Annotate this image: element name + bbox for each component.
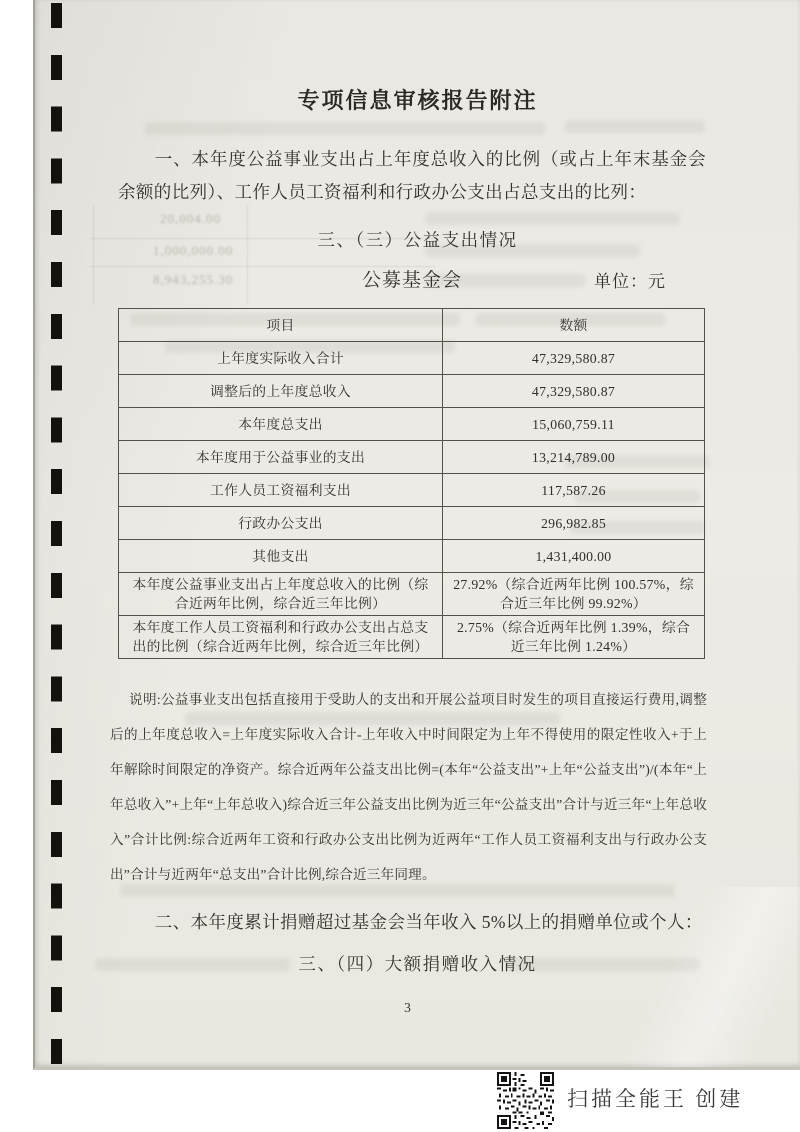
paragraph-major-donors: 二、本年度累计捐赠超过基金会当年收入 5%以上的捐赠单位或个人：: [118, 906, 718, 939]
table-cell-item: 上年度实际收入合计: [119, 342, 443, 375]
table-cell-value: 13,214,789.00: [443, 441, 705, 474]
scanned-document-page: 20,004.00 1,000,000.00 8,943,255.30 专项信息…: [0, 0, 800, 1132]
table-cell-value: 2.75%（综合近两年比例 1.39%，综合近三年比例 1.24%）: [443, 616, 705, 659]
table-row: 本年度工作人员工资福利和行政办公支出占总支出的比例（综合近两年比例，综合近三年比…: [119, 616, 705, 659]
paper-sheet: 20,004.00 1,000,000.00 8,943,255.30 专项信息…: [33, 0, 800, 1070]
table-cell-value: 1,431,400.00: [443, 540, 705, 573]
table-cell-item: 工作人员工资福利支出: [119, 474, 443, 507]
table-cell-item: 行政办公支出: [119, 507, 443, 540]
table-cell-item: 本年度总支出: [119, 408, 443, 441]
table-cell-value: 27.92%（综合近两年比例 100.57%，综合近三年比例 99.92%）: [443, 573, 705, 616]
section-heading-large-donation-income: 三、（四）大额捐赠收入情况: [35, 951, 800, 976]
table-cell-value: 47,329,580.87: [443, 342, 705, 375]
table-cell-value: 296,982.85: [443, 507, 705, 540]
scanner-footer: 扫描全能王 创建: [0, 1070, 800, 1132]
column-header-item: 项目: [119, 309, 443, 342]
table-row: 调整后的上年度总收入 47,329,580.87: [119, 375, 705, 408]
table-cell-item: 调整后的上年度总收入: [119, 375, 443, 408]
expenditure-table: 项目 数额 上年度实际收入合计 47,329,580.87 调整后的上年度总收入…: [118, 308, 705, 659]
table-row: 本年度用于公益事业的支出 13,214,789.00: [119, 441, 705, 474]
table-row: 本年度公益事业支出占上年度总收入的比例（综合近两年比例，综合近三年比例） 27.…: [119, 573, 705, 616]
table-cell-item: 本年度公益事业支出占上年度总收入的比例（综合近两年比例，综合近三年比例）: [119, 573, 443, 616]
column-header-amount: 数额: [443, 309, 705, 342]
document-title: 专项信息审核报告附注: [35, 84, 800, 115]
table-cell-value: 117,587.26: [443, 474, 705, 507]
table-row: 其他支出 1,431,400.00: [119, 540, 705, 573]
table-cell-value: 47,329,580.87: [443, 375, 705, 408]
table-cell-item: 本年度用于公益事业的支出: [119, 441, 443, 474]
page-number: 3: [35, 1000, 800, 1016]
table-row: 行政办公支出 296,982.85: [119, 507, 705, 540]
table-row: 上年度实际收入合计 47,329,580.87: [119, 342, 705, 375]
table-cell-item: 本年度工作人员工资福利和行政办公支出占总支出的比例（综合近两年比例，综合近三年比…: [119, 616, 443, 659]
scanner-app-label: 扫描全能王 创建: [567, 1083, 743, 1113]
unit-label: 单位：元: [594, 267, 666, 292]
table-header-row: 项目 数额: [119, 309, 705, 342]
binding-holes: [51, 3, 62, 1066]
table-caption-row: 公募基金会 单位：元: [118, 265, 706, 291]
table-row: 本年度总支出 15,060,759.11: [119, 408, 705, 441]
paragraph-ratio-intro: 一、本年度公益事业支出占上年度总收入的比例（或占上年末基金会余额的比列）、工作人…: [118, 143, 706, 209]
table-row: 工作人员工资福利支出 117,587.26: [119, 474, 705, 507]
section-heading-public-welfare-expenditure: 三、（三）公益支出情况: [35, 227, 800, 252]
table-cell-value: 15,060,759.11: [443, 408, 705, 441]
qr-code-icon: [497, 1072, 554, 1129]
explanatory-note: 说明:公益事业支出包括直接用于受助人的支出和开展公益项目时发生的项目直接运行费用…: [110, 682, 707, 892]
table-cell-item: 其他支出: [119, 540, 443, 573]
